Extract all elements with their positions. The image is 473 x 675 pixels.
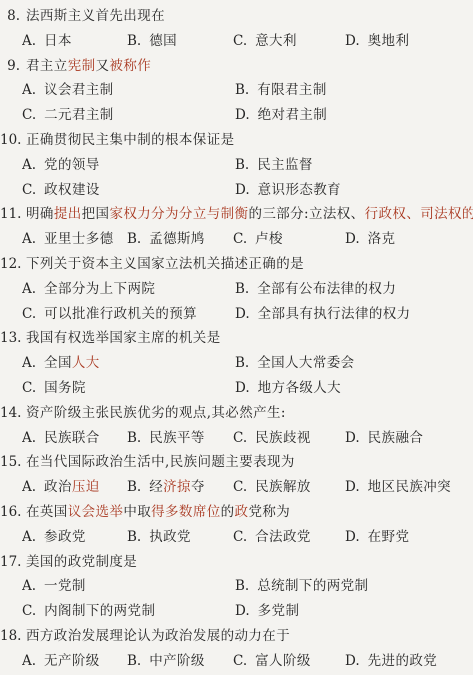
option-text: 中产阶级 bbox=[149, 653, 205, 669]
option-text-segment: 执政党 bbox=[149, 529, 191, 545]
option-text-segment: 全国人大常委会 bbox=[257, 355, 354, 371]
option-text: 可以批准行政机关的预算 bbox=[44, 306, 197, 322]
option-label: A. bbox=[22, 653, 36, 669]
question-text-segment: 政 bbox=[235, 504, 249, 520]
option: B.执政党 bbox=[127, 525, 233, 550]
options-row: C.政权建设D.意识形态教育 bbox=[0, 178, 473, 203]
option: A.全部分为上下两院 bbox=[22, 277, 235, 302]
option-text: 意大利 bbox=[255, 33, 297, 49]
option-text: 全部分为上下两院 bbox=[44, 281, 155, 297]
question-text-segment: 在当代国际政治生活中,民族问题主要表现为 bbox=[26, 454, 295, 470]
option: A.日本 bbox=[22, 29, 127, 54]
option-label: D. bbox=[235, 182, 250, 198]
options-row: A.亚里士多德B.孟德斯鸠C.卢梭D.洛克 bbox=[0, 227, 473, 252]
option-label: C. bbox=[233, 529, 247, 545]
option-text-segment: 民族解放 bbox=[255, 479, 311, 495]
question-text-segment: 又 bbox=[96, 58, 110, 74]
option: D.多党制 bbox=[235, 599, 473, 624]
option: D.地方各级人大 bbox=[235, 376, 473, 401]
exam-document-page: 8.法西斯主义首先出现在A.日本B.德国C.意大利D.奥地利9.君主立宪制又被称… bbox=[0, 0, 473, 675]
option-text-segment: 民族平等 bbox=[149, 430, 205, 446]
option: D.先进的政党 bbox=[345, 649, 473, 674]
option-text-segment: 全国 bbox=[44, 355, 72, 371]
option-text-segment: 全部具有执行法律的权力 bbox=[258, 306, 411, 322]
option: B.德国 bbox=[127, 29, 233, 54]
options-row: A.无产阶级B.中产阶级C.富人阶级D.先进的政党 bbox=[0, 649, 473, 674]
options-row: A.党的领导B.民主监督 bbox=[0, 153, 473, 178]
option-text-segment: 国务院 bbox=[44, 380, 86, 396]
option: C.政权建设 bbox=[22, 178, 235, 203]
option: C.二元君主制 bbox=[22, 103, 235, 128]
option: D.地区民族冲突 bbox=[345, 475, 473, 500]
option-text-segment: 人大 bbox=[72, 355, 100, 371]
option-label: D. bbox=[345, 479, 360, 495]
option-label: A. bbox=[22, 82, 36, 98]
option-label: C. bbox=[233, 231, 247, 247]
question-text-segment: 明确 bbox=[26, 206, 54, 222]
question-list: 8.法西斯主义首先出现在A.日本B.德国C.意大利D.奥地利9.君主立宪制又被称… bbox=[0, 4, 473, 674]
question-text-segment: 宪制 bbox=[68, 58, 96, 74]
option: C.民族歧视 bbox=[233, 426, 345, 451]
option-text: 执政党 bbox=[149, 529, 191, 545]
option: D.奥地利 bbox=[345, 29, 473, 54]
option: C.可以批准行政机关的预算 bbox=[22, 302, 235, 327]
question-number: 11. bbox=[0, 202, 20, 227]
option: B.民主监督 bbox=[235, 153, 473, 178]
option-text-segment: 济掠 bbox=[163, 479, 191, 495]
option-text: 奥地利 bbox=[368, 33, 410, 49]
question-text: 美国的政党制度是 bbox=[26, 550, 137, 575]
option-label: D. bbox=[345, 430, 360, 446]
option-label: B. bbox=[127, 430, 141, 446]
option-text: 富人阶级 bbox=[255, 653, 311, 669]
option: D.绝对君主制 bbox=[235, 103, 473, 128]
option-label: B. bbox=[235, 355, 249, 371]
question-number: 13. bbox=[0, 326, 20, 351]
option-label: A. bbox=[22, 157, 36, 173]
options-row: C.可以批准行政机关的预算D.全部具有执行法律的权力 bbox=[0, 302, 473, 327]
options-row: A.政治压迫B.经济掠夺C.民族解放D.地区民族冲突 bbox=[0, 475, 473, 500]
option-text: 全国人大常委会 bbox=[257, 355, 354, 371]
question-number: 18. bbox=[0, 624, 20, 649]
option-label: D. bbox=[345, 529, 360, 545]
option-text: 无产阶级 bbox=[44, 653, 100, 669]
option-text-segment: 可以批准行政机关的预算 bbox=[44, 306, 197, 322]
option-text-segment: 孟德斯鸠 bbox=[149, 231, 205, 247]
question-line: 14.资产阶级主张民族优劣的观点,其必然产生: bbox=[0, 401, 473, 426]
option-label: D. bbox=[345, 231, 360, 247]
question-text-segment: 在英国 bbox=[26, 504, 68, 520]
question-text: 在当代国际政治生活中,民族问题主要表现为 bbox=[26, 450, 295, 475]
question-text-segment: 美国的政党制度是 bbox=[26, 554, 137, 570]
option-label: B. bbox=[235, 157, 249, 173]
question-line: 16.在英国议会选举中取得多数席位的政党称为 bbox=[0, 500, 473, 525]
option: A.民族联合 bbox=[22, 426, 127, 451]
option-text-segment: 日本 bbox=[44, 33, 72, 49]
option-label: B. bbox=[235, 281, 249, 297]
option: D.洛克 bbox=[345, 227, 473, 252]
option-text: 有限君主制 bbox=[257, 82, 327, 98]
option-text: 全国人大 bbox=[44, 355, 100, 371]
option-text: 民族联合 bbox=[44, 430, 100, 446]
option: D.全部具有执行法律的权力 bbox=[235, 302, 473, 327]
option-label: B. bbox=[127, 33, 141, 49]
option: A.党的领导 bbox=[22, 153, 235, 178]
option-text-segment: 有限君主制 bbox=[257, 82, 327, 98]
options-row: A.民族联合B.民族平等C.民族歧视D.民族融合 bbox=[0, 426, 473, 451]
question-text: 在英国议会选举中取得多数席位的政党称为 bbox=[26, 500, 290, 525]
option-text-segment: 先进的政党 bbox=[368, 653, 438, 669]
question-number: 14. bbox=[0, 401, 20, 426]
option-text: 一党制 bbox=[44, 578, 86, 594]
question-text-segment: 君主立 bbox=[26, 58, 68, 74]
option-text: 内阁制下的两党制 bbox=[44, 603, 155, 619]
option-text: 先进的政党 bbox=[368, 653, 438, 669]
question-number: 17. bbox=[0, 550, 20, 575]
option: A.议会君主制 bbox=[22, 78, 235, 103]
option-text: 德国 bbox=[149, 33, 177, 49]
option-text-segment: 总统制下的两党制 bbox=[257, 578, 368, 594]
option-text: 地方各级人大 bbox=[258, 380, 341, 396]
question-text: 法西斯主义首先出现在 bbox=[26, 4, 165, 29]
option: B.孟德斯鸠 bbox=[127, 227, 233, 252]
option-text: 地区民族冲突 bbox=[368, 479, 451, 495]
option: C.合法政党 bbox=[233, 525, 345, 550]
option: A.参政党 bbox=[22, 525, 127, 550]
option-text-segment: 议会君主制 bbox=[44, 82, 114, 98]
option-text-segment: 民族歧视 bbox=[255, 430, 311, 446]
question-text: 西方政治发展理论认为政治发展的动力在于 bbox=[26, 624, 290, 649]
option-label: A. bbox=[22, 578, 36, 594]
option-text-segment: 洛克 bbox=[368, 231, 396, 247]
question-line: 10.正确贯彻民主集中制的根本保证是 bbox=[0, 128, 473, 153]
option-text-segment: 在野党 bbox=[368, 529, 410, 545]
option-label: C. bbox=[233, 653, 247, 669]
option-text: 政治压迫 bbox=[44, 479, 100, 495]
option-label: C. bbox=[22, 603, 36, 619]
option-text: 多党制 bbox=[258, 603, 300, 619]
question-text-segment: 中取 bbox=[123, 504, 151, 520]
option: B.总统制下的两党制 bbox=[235, 574, 473, 599]
option-text: 亚里士多德 bbox=[44, 231, 114, 247]
option-label: D. bbox=[235, 603, 250, 619]
option-text: 在野党 bbox=[368, 529, 410, 545]
question-line: 9.君主立宪制又被称作 bbox=[0, 54, 473, 79]
question-line: 13.我国有权选举国家主席的机关是 bbox=[0, 326, 473, 351]
option-text-segment: 全部分为上下两院 bbox=[44, 281, 155, 297]
option-label: A. bbox=[22, 529, 36, 545]
option-text: 政权建设 bbox=[44, 182, 100, 198]
option: B.民族平等 bbox=[127, 426, 233, 451]
question-text-segment: 被称作 bbox=[109, 58, 151, 74]
question-text-segment: 议会选举 bbox=[68, 504, 124, 520]
option-label: D. bbox=[235, 380, 250, 396]
option: A.一党制 bbox=[22, 574, 235, 599]
option-text-segment: 民主监督 bbox=[257, 157, 313, 173]
option: A.政治压迫 bbox=[22, 475, 127, 500]
option-label: C. bbox=[233, 479, 247, 495]
option-text: 民族解放 bbox=[255, 479, 311, 495]
option-text-segment: 德国 bbox=[149, 33, 177, 49]
option-label: B. bbox=[235, 82, 249, 98]
option-text-segment: 民族联合 bbox=[44, 430, 100, 446]
option-text: 民族融合 bbox=[368, 430, 424, 446]
option: A.全国人大 bbox=[22, 351, 235, 376]
option-label: C. bbox=[22, 306, 36, 322]
option: D.民族融合 bbox=[345, 426, 473, 451]
question-line: 15.在当代国际政治生活中,民族问题主要表现为 bbox=[0, 450, 473, 475]
option-text-segment: 多党制 bbox=[258, 603, 300, 619]
options-row: A.议会君主制B.有限君主制 bbox=[0, 78, 473, 103]
question-text-segment: 的三部分:立法权、 bbox=[248, 206, 364, 222]
option-text-segment: 经 bbox=[149, 479, 163, 495]
option-text: 洛克 bbox=[368, 231, 396, 247]
option: C.国务院 bbox=[22, 376, 235, 401]
option: A.无产阶级 bbox=[22, 649, 127, 674]
question-line: 17.美国的政党制度是 bbox=[0, 550, 473, 575]
question-line: 12.下列关于资本主义国家立法机关描述正确的是 bbox=[0, 252, 473, 277]
question-text-segment: 得多数席位 bbox=[151, 504, 221, 520]
option-text-segment: 绝对君主制 bbox=[258, 107, 328, 123]
option: C.意大利 bbox=[233, 29, 345, 54]
option-text: 党的领导 bbox=[44, 157, 100, 173]
option-text-segment: 地方各级人大 bbox=[258, 380, 341, 396]
question-line: 8.法西斯主义首先出现在 bbox=[0, 4, 473, 29]
option-text: 参政党 bbox=[44, 529, 86, 545]
option: B.全部有公布法律的权力 bbox=[235, 277, 473, 302]
option: D.意识形态教育 bbox=[235, 178, 473, 203]
option-text: 全部具有执行法律的权力 bbox=[258, 306, 411, 322]
question-number: 10. bbox=[0, 128, 20, 153]
option-label: C. bbox=[22, 107, 36, 123]
option-label: B. bbox=[127, 231, 141, 247]
option: B.中产阶级 bbox=[127, 649, 233, 674]
option-text: 民族平等 bbox=[149, 430, 205, 446]
option-text: 绝对君主制 bbox=[258, 107, 328, 123]
option: B.经济掠夺 bbox=[127, 475, 233, 500]
option-text: 全部有公布法律的权力 bbox=[257, 281, 396, 297]
options-row: A.参政党B.执政党C.合法政党D.在野党 bbox=[0, 525, 473, 550]
option-text-segment: 卢梭 bbox=[255, 231, 283, 247]
question-text: 资产阶级主张民族优劣的观点,其必然产生: bbox=[26, 401, 286, 426]
question-text-segment: 正确贯彻民主集中制的根本保证是 bbox=[26, 132, 235, 148]
option: A.亚里士多德 bbox=[22, 227, 127, 252]
option-text: 总统制下的两党制 bbox=[257, 578, 368, 594]
option-text-segment: 合法政党 bbox=[255, 529, 311, 545]
option-text-segment: 二元君主制 bbox=[44, 107, 114, 123]
option-text-segment: 意识形态教育 bbox=[258, 182, 341, 198]
option-text-segment: 夺 bbox=[191, 479, 205, 495]
question-line: 11.明确提出把国家权力分为分立与制衡的三部分:立法权、行政权、司法权的思想家是 bbox=[0, 202, 473, 227]
option: D.在野党 bbox=[345, 525, 473, 550]
option-text: 民主监督 bbox=[257, 157, 313, 173]
option: B.全国人大常委会 bbox=[235, 351, 473, 376]
option-text-segment: 压迫 bbox=[72, 479, 100, 495]
option: C.内阁制下的两党制 bbox=[22, 599, 235, 624]
option-text: 卢梭 bbox=[255, 231, 283, 247]
question-text-segment: 家权力分为分立与制衡 bbox=[109, 206, 248, 222]
option-text: 日本 bbox=[44, 33, 72, 49]
option-text: 经济掠夺 bbox=[149, 479, 205, 495]
option-label: B. bbox=[235, 578, 249, 594]
option-label: B. bbox=[127, 529, 141, 545]
option-text-segment: 地区民族冲突 bbox=[368, 479, 451, 495]
option-text-segment: 奥地利 bbox=[368, 33, 410, 49]
options-row: C.国务院D.地方各级人大 bbox=[0, 376, 473, 401]
question-text-segment: 党称为 bbox=[248, 504, 290, 520]
option-text-segment: 全部有公布法律的权力 bbox=[257, 281, 396, 297]
question-text-segment: 下列关于资本主义国家立法机关描述正确的是 bbox=[26, 256, 304, 272]
question-text: 我国有权选举国家主席的机关是 bbox=[26, 326, 221, 351]
option-text-segment: 党的领导 bbox=[44, 157, 100, 173]
question-number: 15. bbox=[0, 450, 20, 475]
option-label: B. bbox=[127, 479, 141, 495]
option-text-segment: 政治 bbox=[44, 479, 72, 495]
option: C.富人阶级 bbox=[233, 649, 345, 674]
options-row: A.日本B.德国C.意大利D.奥地利 bbox=[0, 29, 473, 54]
option-label: A. bbox=[22, 281, 36, 297]
question-text: 明确提出把国家权力分为分立与制衡的三部分:立法权、行政权、司法权的思想家是 bbox=[26, 202, 473, 227]
question-number: 12. bbox=[0, 252, 20, 277]
option-text-segment: 中产阶级 bbox=[149, 653, 205, 669]
option-text-segment: 民族融合 bbox=[368, 430, 424, 446]
option-label: A. bbox=[22, 33, 36, 49]
question-number: 8. bbox=[0, 4, 20, 29]
options-row: A.一党制B.总统制下的两党制 bbox=[0, 574, 473, 599]
option-text: 二元君主制 bbox=[44, 107, 114, 123]
option-label: D. bbox=[345, 33, 360, 49]
question-text-segment: 的 bbox=[221, 504, 235, 520]
question-text-segment: 法西斯主义首先出现在 bbox=[26, 8, 165, 24]
option-text: 合法政党 bbox=[255, 529, 311, 545]
option-label: A. bbox=[22, 430, 36, 446]
question-text-segment: 把国 bbox=[82, 206, 110, 222]
option-text-segment: 亚里士多德 bbox=[44, 231, 114, 247]
option-text-segment: 政权建设 bbox=[44, 182, 100, 198]
question-text-segment: 我国有权选举国家主席的机关是 bbox=[26, 330, 221, 346]
option-text-segment: 一党制 bbox=[44, 578, 86, 594]
option-text-segment: 参政党 bbox=[44, 529, 86, 545]
option: B.有限君主制 bbox=[235, 78, 473, 103]
option-text: 议会君主制 bbox=[44, 82, 114, 98]
question-number: 16. bbox=[0, 500, 20, 525]
option-label: A. bbox=[22, 355, 36, 371]
option-label: D. bbox=[345, 653, 360, 669]
question-text-segment: 提出 bbox=[54, 206, 82, 222]
option-text-segment: 内阁制下的两党制 bbox=[44, 603, 155, 619]
question-text: 正确贯彻民主集中制的根本保证是 bbox=[26, 128, 235, 153]
question-number: 9. bbox=[0, 54, 20, 79]
options-row: A.全部分为上下两院B.全部有公布法律的权力 bbox=[0, 277, 473, 302]
option-label: B. bbox=[127, 653, 141, 669]
question-text-segment: 行政权、司法权的思想家是 bbox=[365, 206, 473, 222]
question-line: 18.西方政治发展理论认为政治发展的动力在于 bbox=[0, 624, 473, 649]
option-label: C. bbox=[22, 182, 36, 198]
option-text: 意识形态教育 bbox=[258, 182, 341, 198]
option-label: C. bbox=[22, 380, 36, 396]
question-text: 下列关于资本主义国家立法机关描述正确的是 bbox=[26, 252, 304, 277]
option-label: C. bbox=[233, 430, 247, 446]
option-label: A. bbox=[22, 231, 36, 247]
option: C.民族解放 bbox=[233, 475, 345, 500]
option-text-segment: 意大利 bbox=[255, 33, 297, 49]
option-text: 孟德斯鸠 bbox=[149, 231, 205, 247]
option-text-segment: 富人阶级 bbox=[255, 653, 311, 669]
option-label: D. bbox=[235, 107, 250, 123]
option-text-segment: 无产阶级 bbox=[44, 653, 100, 669]
option-label: C. bbox=[233, 33, 247, 49]
option-text: 民族歧视 bbox=[255, 430, 311, 446]
question-text: 君主立宪制又被称作 bbox=[26, 54, 151, 79]
option-label: A. bbox=[22, 479, 36, 495]
options-row: C.内阁制下的两党制D.多党制 bbox=[0, 599, 473, 624]
options-row: A.全国人大B.全国人大常委会 bbox=[0, 351, 473, 376]
options-row: C.二元君主制D.绝对君主制 bbox=[0, 103, 473, 128]
option-text: 国务院 bbox=[44, 380, 86, 396]
option-label: D. bbox=[235, 306, 250, 322]
question-text-segment: 资产阶级主张民族优劣的观点,其必然产生: bbox=[26, 405, 286, 421]
question-text-segment: 西方政治发展理论认为政治发展的动力在于 bbox=[26, 628, 290, 644]
option: C.卢梭 bbox=[233, 227, 345, 252]
